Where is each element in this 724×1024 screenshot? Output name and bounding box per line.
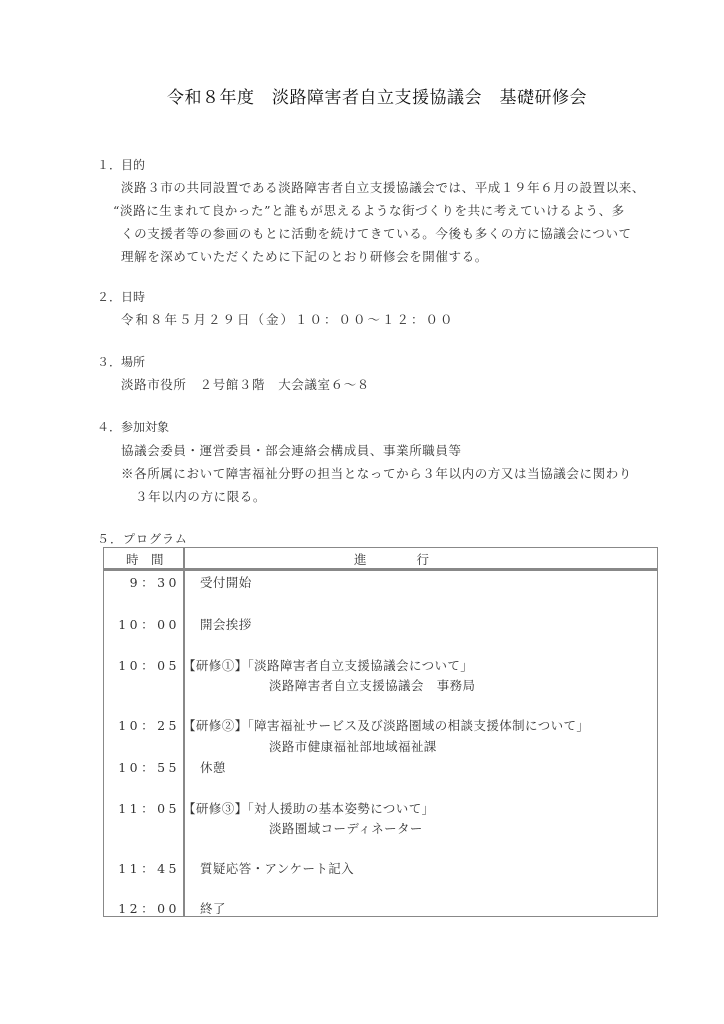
row-sub-training-1: 淡路障害者自立支援協議会 事務局 xyxy=(269,676,475,694)
row-time-1025: 10：25 xyxy=(118,716,180,734)
row-time-1105: 11：05 xyxy=(118,799,180,817)
row-item-training-2: 【研修②】「障害福祉サービス及び淡路圏域の相談支援体制について」 xyxy=(183,716,589,734)
section-heading-purpose: １．目的 xyxy=(97,156,145,173)
row-item-training-1: 【研修①】「淡路障害者自立支援協議会について」 xyxy=(183,656,473,674)
purpose-line-2: “淡路に生まれて良かった”と誰もが思えるような街づくりを共に考えていけるよう、多 xyxy=(113,201,625,219)
header-content: 進 行 xyxy=(354,550,429,568)
row-item-closing: 終了 xyxy=(200,899,226,917)
participants-line-3: ３年以内の方に限る。 xyxy=(135,487,266,505)
program-table: 時 間 進 行 9：30 受付開始 10：00 開会挨拶 10：05 【研修①】… xyxy=(103,547,658,917)
purpose-line-1: 淡路３市の共同設置である淡路障害者自立支援協議会では、平成１９年６月の設置以来、 xyxy=(121,178,645,196)
row-time-1055: 10：55 xyxy=(118,758,180,776)
document-title: 令和８年度 淡路障害者自立支援協議会 基礎研修会 xyxy=(0,83,724,108)
row-time-1005: 10：05 xyxy=(118,656,180,674)
purpose-line-4: 理解を深めていただくために下記のとおり研修会を開催する。 xyxy=(121,247,488,265)
row-item-opening: 開会挨拶 xyxy=(200,615,252,633)
section-heading-venue: ３．場所 xyxy=(97,353,145,370)
row-item-qa-survey: 質疑応答・アンケート記入 xyxy=(200,859,354,877)
row-item-break: 休憩 xyxy=(200,758,226,776)
section-heading-program: ５．プログラム xyxy=(97,530,188,547)
row-sub-training-2: 淡路市健康福祉部地域福祉課 xyxy=(269,737,437,755)
row-time-1000: 10：00 xyxy=(118,615,180,633)
row-item-reception: 受付開始 xyxy=(200,573,252,591)
row-time-1145: 11：45 xyxy=(118,859,180,877)
row-time-1200: 12：00 xyxy=(118,899,180,917)
participants-line-1: 協議会委員・運営委員・部会連絡会構成員、事業所職員等 xyxy=(121,441,462,459)
datetime-value: 令和８年５月２９日（金）１０：００～１２：００ xyxy=(121,310,455,328)
section-heading-datetime: ２．日時 xyxy=(97,288,145,305)
header-time: 時 間 xyxy=(126,550,164,568)
row-item-training-3: 【研修③】「対人援助の基本姿勢について」 xyxy=(183,799,435,817)
venue-value: 淡路市役所 ２号館３階 大会議室６～８ xyxy=(121,375,370,393)
row-time-0930: 9：30 xyxy=(130,573,180,591)
row-sub-training-3: 淡路圏域コーディネーター xyxy=(269,819,423,837)
participants-line-2: ※各所属において障害福祉分野の担当となってから３年以内の方又は当協議会に関わり xyxy=(121,464,632,482)
purpose-line-3: くの支援者等の参画のもとに活動を続けてきている。今後も多くの方に協議会について xyxy=(121,224,632,242)
section-heading-participants: ４．参加対象 xyxy=(97,418,169,435)
